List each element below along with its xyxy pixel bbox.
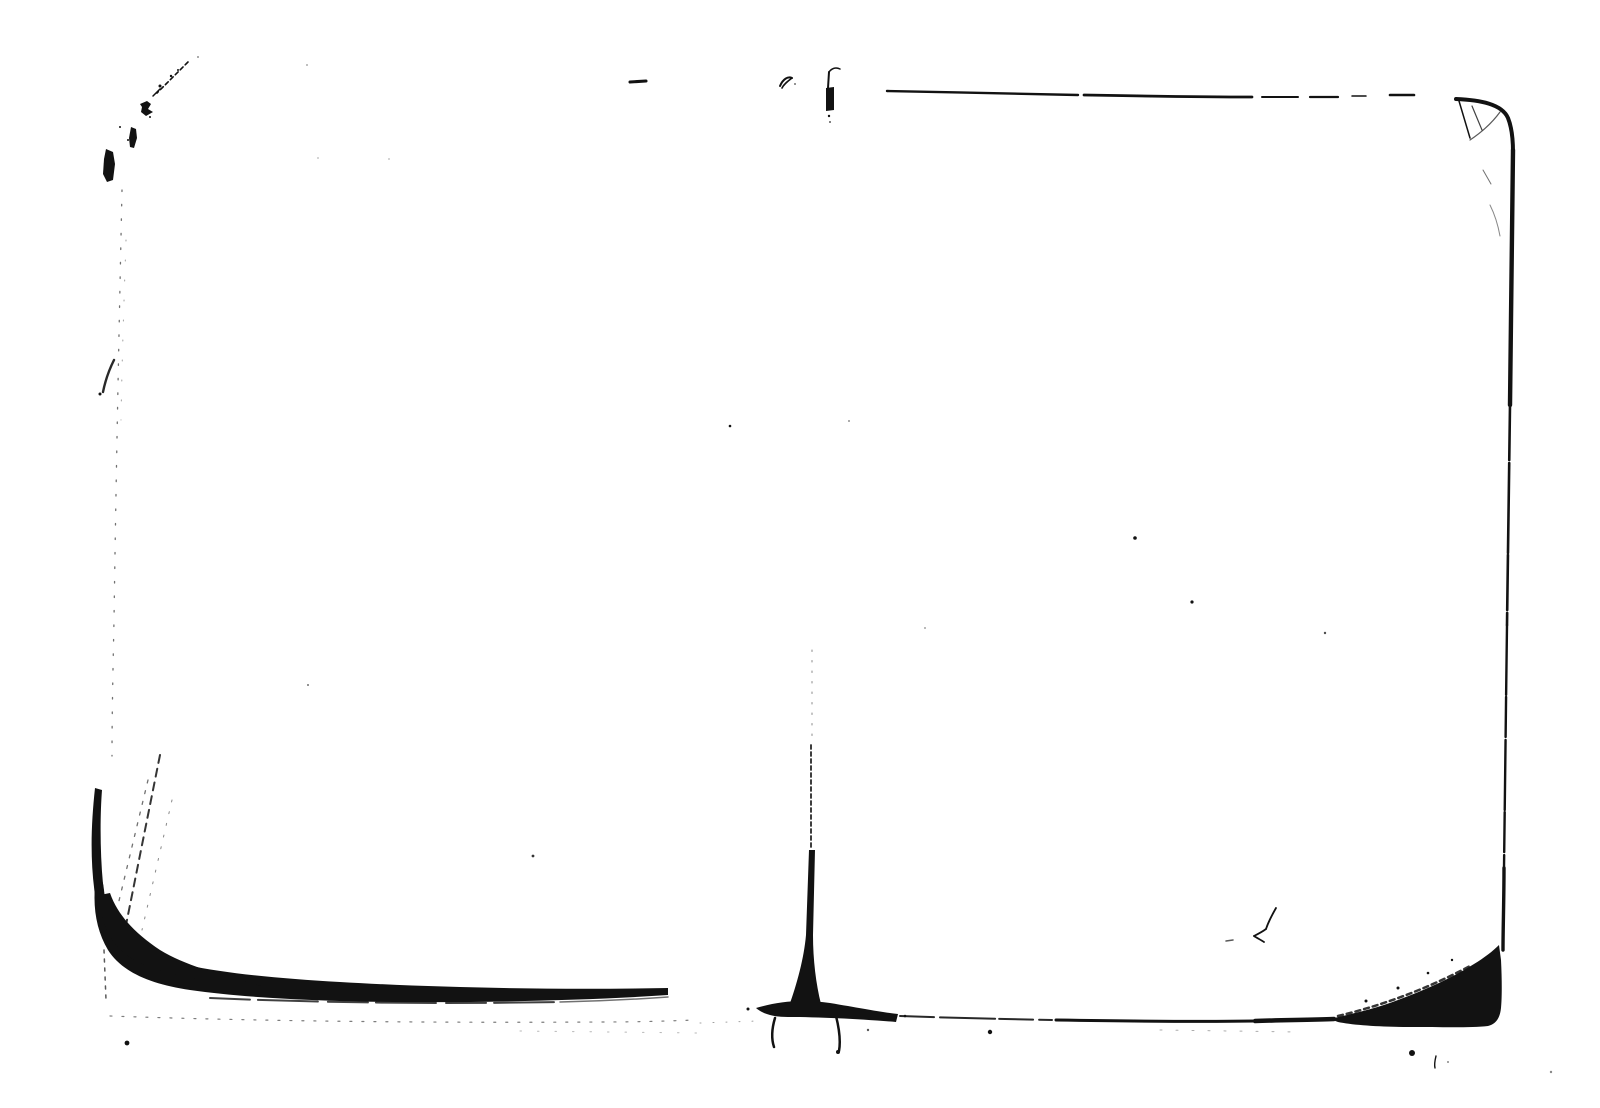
scan-artifact-layer [0, 0, 1600, 1108]
scanned-page [0, 0, 1600, 1108]
paper-background [0, 0, 1600, 1108]
